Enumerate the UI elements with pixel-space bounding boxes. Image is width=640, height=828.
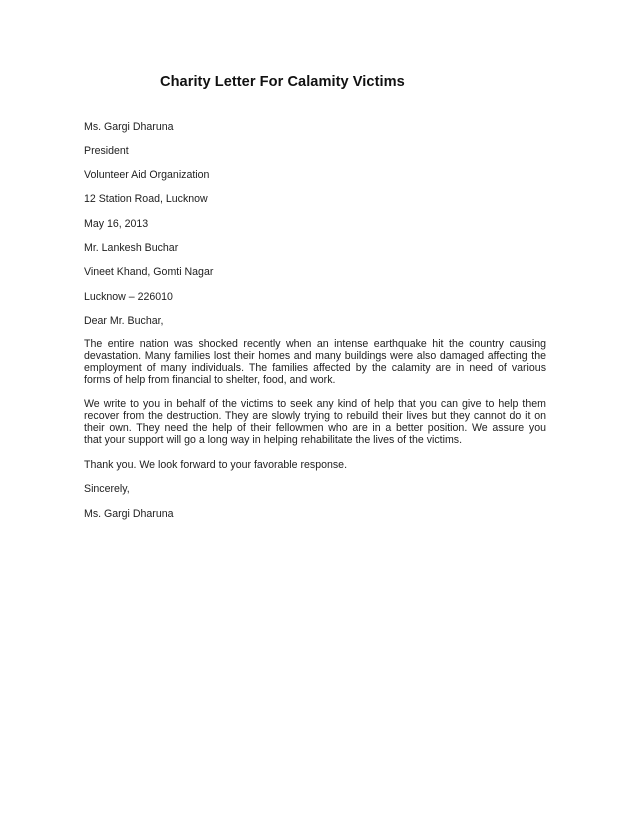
sender-position: President [84,145,129,157]
valediction: Sincerely, [84,483,130,495]
salutation: Dear Mr. Buchar, [84,315,163,327]
letter-date: May 16, 2013 [84,218,148,230]
paragraph-line: We write to you in behalf of the victims… [84,398,546,410]
sender-address: 12 Station Road, Lucknow [84,193,208,205]
letter-title: Charity Letter For Calamity Victims [160,74,405,90]
paragraph-line: their own. They need the help of their f… [84,422,546,434]
sender-name: Ms. Gargi Dharuna [84,121,174,133]
paragraph-line: forms of help from financial to shelter,… [84,374,546,386]
closing-line: Thank you. We look forward to your favor… [84,459,347,471]
recipient-address-line1: Vineet Khand, Gomti Nagar [84,266,213,278]
sender-organization: Volunteer Aid Organization [84,169,209,181]
letter-page: Charity Letter For Calamity Victims Ms. … [0,0,640,828]
body-paragraph-1: The entire nation was shocked recently w… [84,338,546,386]
paragraph-line: recover from the destruction. They are s… [84,410,546,422]
paragraph-line: employment of many individuals. The fami… [84,362,546,374]
paragraph-line: that your support will go a long way in … [84,434,546,446]
recipient-address-line2: Lucknow – 226010 [84,291,173,303]
body-paragraph-2: We write to you in behalf of the victims… [84,398,546,446]
paragraph-line: The entire nation was shocked recently w… [84,338,546,350]
recipient-name: Mr. Lankesh Buchar [84,242,178,254]
paragraph-line: devastation. Many families lost their ho… [84,350,546,362]
signature: Ms. Gargi Dharuna [84,508,174,520]
